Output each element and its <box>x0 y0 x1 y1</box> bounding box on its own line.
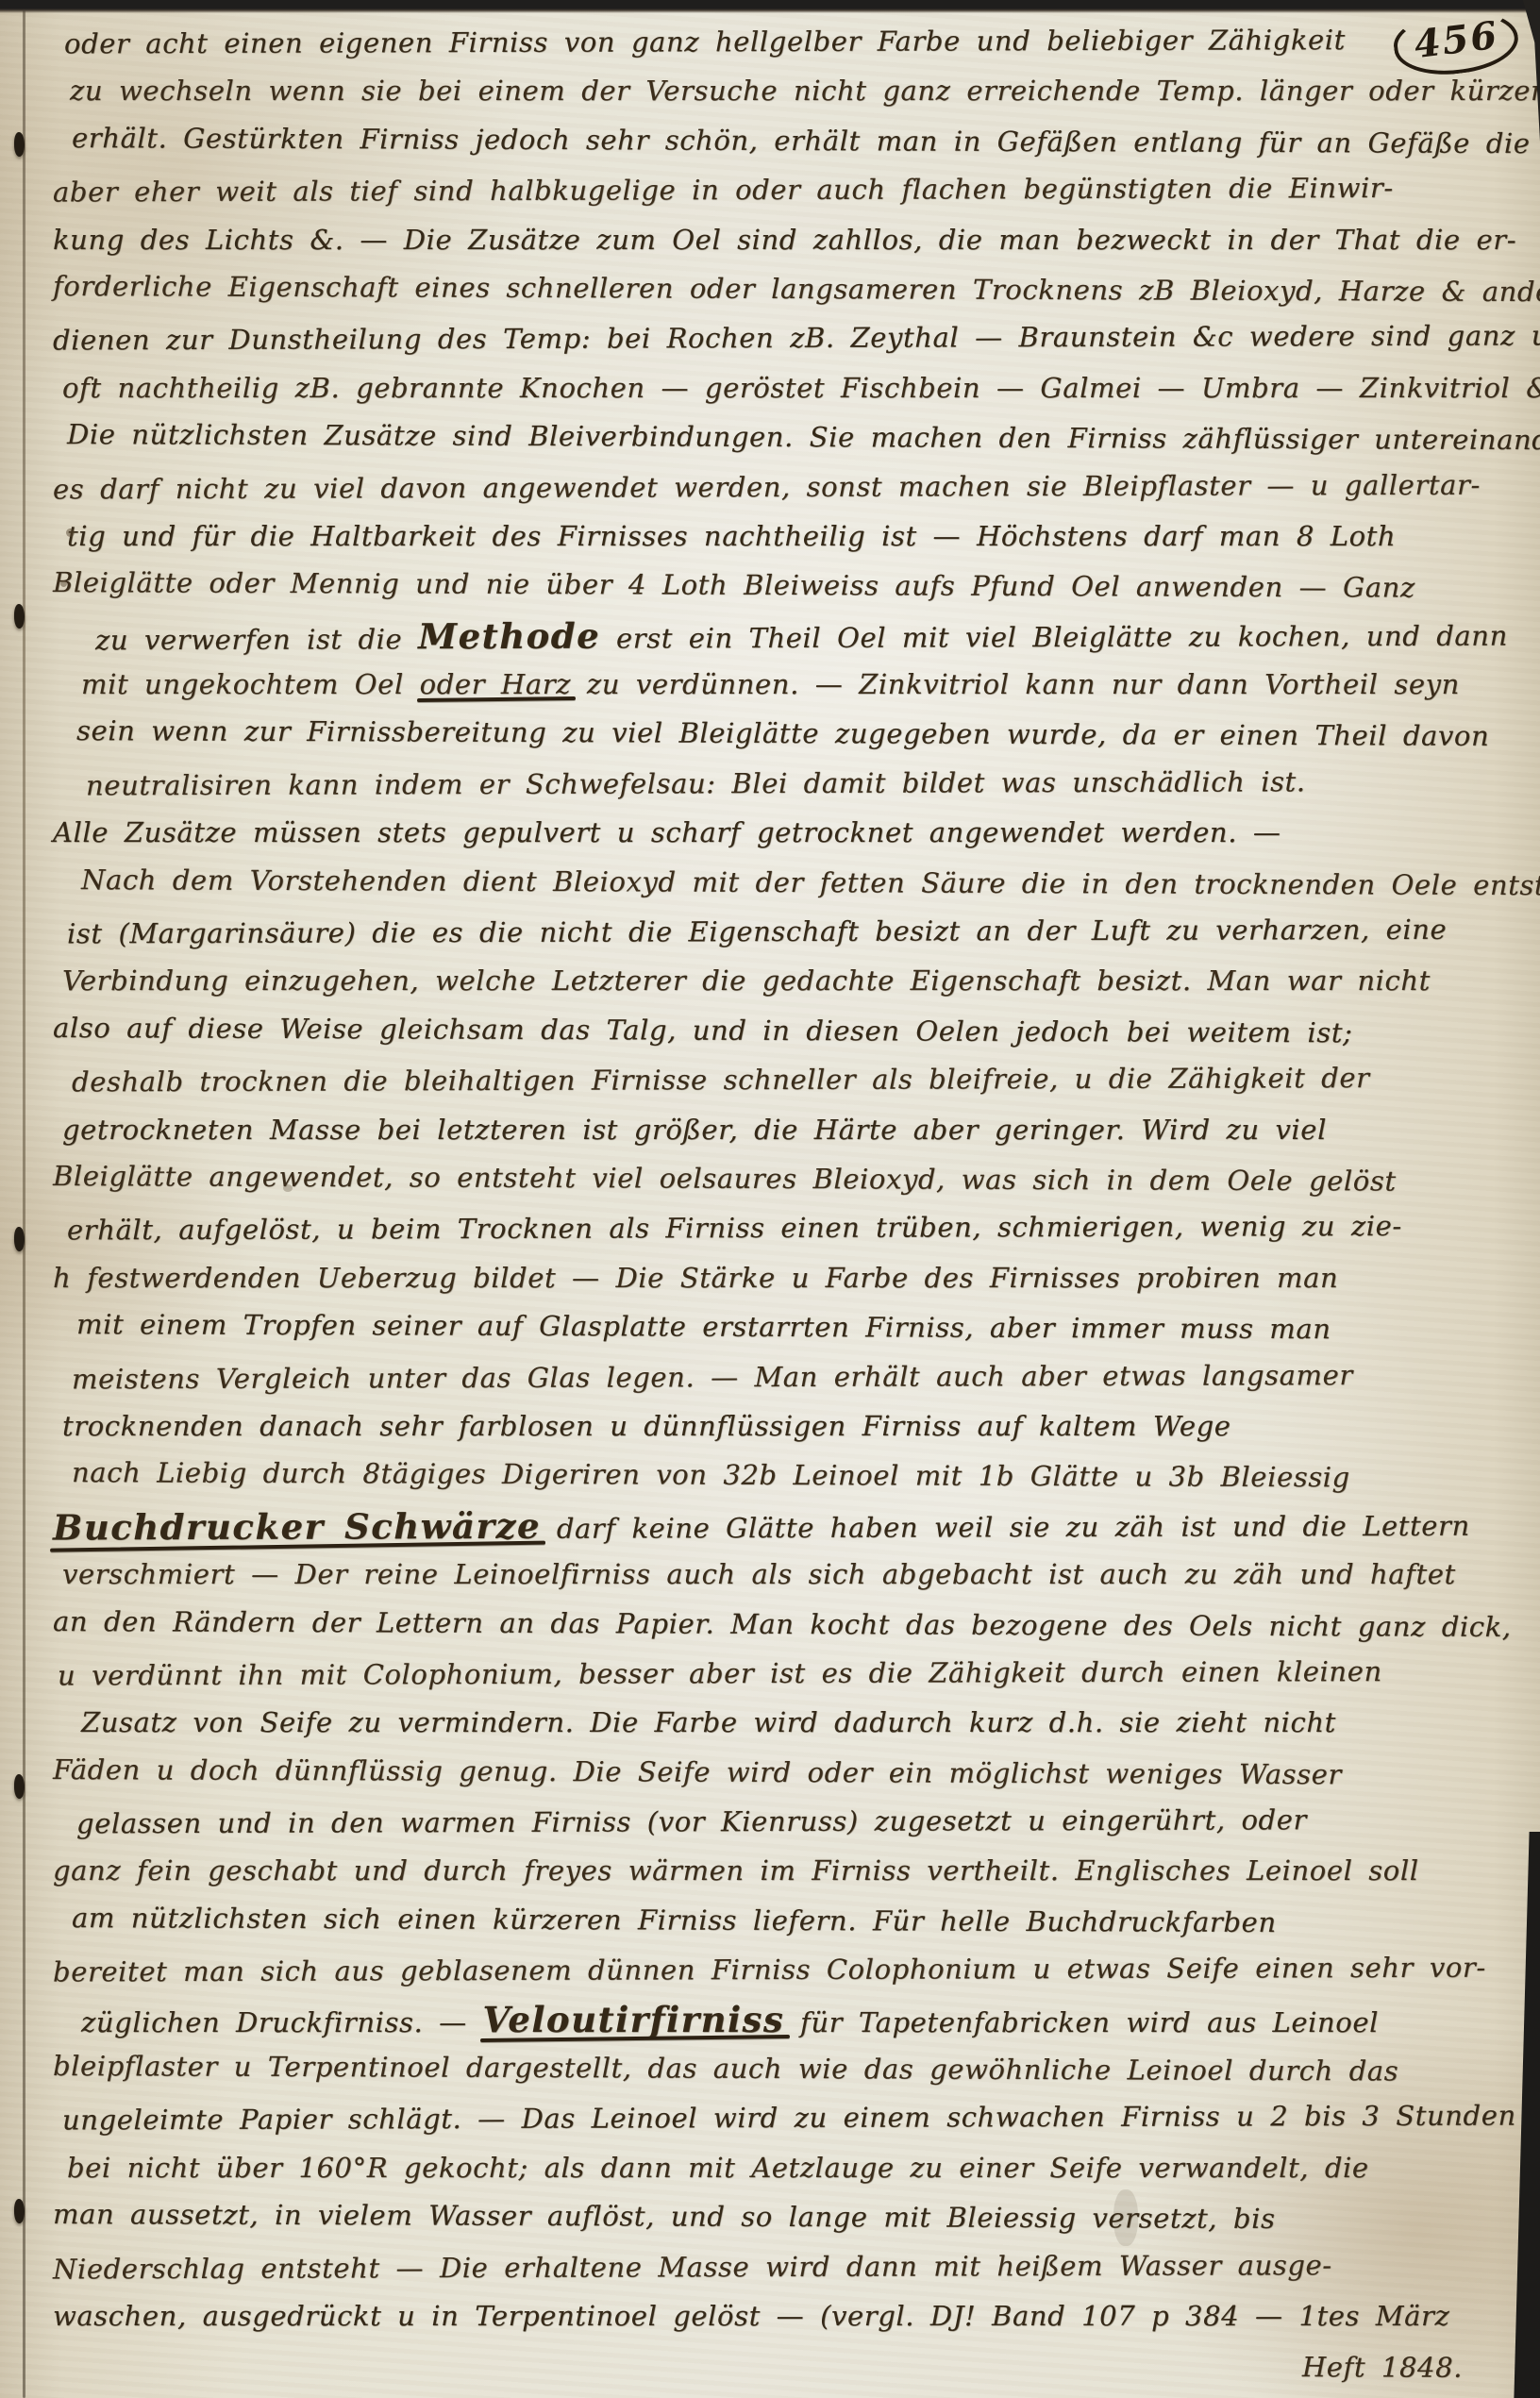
handwriting-segment: kung des Lichts &. — Die Zusätze zum Oel… <box>53 224 1516 256</box>
stitch-mark <box>14 1774 25 1799</box>
manuscript-line: an den Rändern der Lettern an das Papier… <box>53 1597 1517 1652</box>
handwriting-segment: mit einem Tropfen seiner auf Glasplatte … <box>76 1308 1331 1345</box>
emphasized-word: oder Harz <box>420 668 571 700</box>
handwriting-segment: sein wenn zur Firnissbereitung zu viel B… <box>76 715 1489 753</box>
manuscript-line: zu verwerfen ist die Methode erst ein Th… <box>53 608 1517 662</box>
manuscript-line: Heft 1848. <box>53 2338 1517 2392</box>
ink-spot <box>283 1184 293 1192</box>
handwriting-segment: waschen, ausgedrückt u in Terpentinoel g… <box>53 2300 1449 2332</box>
handwriting-segment: tig und für die Haltbarkeit des Firnisse… <box>67 520 1396 552</box>
handwriting-segment: Fäden u doch dünnflüssig genug. Die Seif… <box>53 1753 1342 1790</box>
manuscript-line: u verdünnt ihn mit Colophonium, besser a… <box>53 1646 1517 1700</box>
manuscript-line: mit ungekochtem Oel oder Harz zu verdünn… <box>53 660 1517 709</box>
handwriting-segment: man aussetzt, in vielem Wasser auflöst, … <box>53 2198 1276 2235</box>
manuscript-line: mit einem Tropfen seiner auf Glasplatte … <box>53 1300 1517 1354</box>
manuscript-line: Bleiglätte angewendet, so entsteht viel … <box>53 1151 1517 1206</box>
handwriting-segment: für Tapetenfabricken wird aus Leinoel <box>784 2006 1379 2038</box>
handwriting-segment: bleipflaster u Terpentinoel dargestellt,… <box>53 2050 1398 2087</box>
handwriting-segment: am nützlichsten sich einen kürzeren Firn… <box>72 1902 1277 1938</box>
manuscript-line: kung des Lichts &. — Die Zusätze zum Oel… <box>53 215 1517 264</box>
manuscript-line: am nützlichsten sich einen kürzeren Firn… <box>53 1893 1517 1948</box>
handwriting-segment: trocknenden danach sehr farblosen u dünn… <box>62 1410 1231 1442</box>
handwriting-segment: erhält. Gestürkten Firniss jedoch sehr s… <box>72 122 1531 159</box>
manuscript-line: Verbindung einzugehen, welche Letzterer … <box>53 956 1517 1005</box>
handwriting-segment: Zusatz von Seife zu vermindern. Die Farb… <box>81 1706 1336 1738</box>
manuscript-line: nach Liebig durch 8tägiges Digeriren von… <box>53 1448 1517 1502</box>
manuscript-line: oder acht einen eigenen Firniss von ganz… <box>53 15 1517 69</box>
handwriting-segment: Niederschlag entsteht — Die erhaltene Ma… <box>53 2249 1332 2285</box>
scan-top-edge <box>0 0 1540 13</box>
manuscript-line: aber eher weit als tief sind halbkugelig… <box>53 163 1517 217</box>
handwriting-segment: zu verwerfen ist die <box>95 623 418 656</box>
handwriting-segment: oft nachtheilig zB. gebrannte Knochen — … <box>62 372 1540 404</box>
manuscript-line: Fäden u doch dünnflüssig genug. Die Seif… <box>53 1745 1517 1800</box>
emphasized-word: Methode <box>418 614 600 657</box>
handwriting-segment: züglichen Druckfirniss. — <box>81 2006 483 2038</box>
stain <box>1113 2189 1138 2246</box>
manuscript-line: es darf nicht zu viel davon angewendet w… <box>53 460 1517 513</box>
handwriting-segment: gelassen und in den warmen Firniss (vor … <box>76 1803 1307 1839</box>
stitch-mark <box>14 132 25 157</box>
handwriting-segment: Bleiglätte angewendet, so entsteht viel … <box>53 1160 1397 1197</box>
handwriting-segment: u verdünnt ihn mit Colophonium, besser a… <box>58 1655 1382 1691</box>
handwriting-segment: deshalb trocknen die bleihaltigen Firnis… <box>72 1062 1370 1098</box>
handwriting-segment: Bleiglätte oder Mennig und nie über 4 Lo… <box>53 566 1415 604</box>
manuscript-line: h festwerdenden Ueberzug bildet — Die St… <box>53 1253 1517 1302</box>
handwriting-segment: ganz fein geschabt und durch freyes wärm… <box>53 1854 1419 1887</box>
handwriting-segment: nach Liebig durch 8tägiges Digeriren von… <box>72 1456 1350 1493</box>
manuscript-line: tig und für die Haltbarkeit des Firnisse… <box>53 511 1517 561</box>
manuscript-line: erhält. Gestürkten Firniss jedoch sehr s… <box>53 113 1517 168</box>
manuscript-line: zu wechseln wenn sie bei einem der Versu… <box>53 66 1517 115</box>
handwriting-segment: getrockneten Masse bei letzteren ist grö… <box>62 1114 1327 1146</box>
handwriting-segment: es darf nicht zu viel davon angewendet w… <box>53 468 1481 505</box>
handwriting-segment: also auf diese Weise gleichsam das Talg,… <box>53 1012 1352 1048</box>
manuscript-line: meistens Vergleich unter das Glas legen.… <box>53 1350 1517 1403</box>
ink-spot <box>66 528 75 537</box>
stitch-mark <box>14 604 25 629</box>
manuscript-line: erhält, aufgelöst, u beim Trocknen als F… <box>53 1201 1517 1255</box>
manuscript-line: neutralisiren kann indem er Schwefelsau:… <box>53 756 1517 810</box>
manuscript-line: Die nützlichsten Zusätze sind Bleiverbin… <box>53 410 1517 464</box>
handwriting-segment: erhält, aufgelöst, u beim Trocknen als F… <box>67 1210 1402 1246</box>
page-fold-line <box>23 9 25 2398</box>
manuscript-line: Alle Zusätze müssen stets gepulvert u sc… <box>53 808 1517 857</box>
handwritten-text-block: oder acht einen eigenen Firniss von ganz… <box>53 17 1517 2398</box>
manuscript-line: forderliche Eigenschaft eines schnellere… <box>53 261 1517 316</box>
handwriting-segment: forderliche Eigenschaft eines schnellere… <box>53 270 1540 308</box>
handwriting-segment: an den Rändern der Lettern an das Papier… <box>53 1605 1512 1643</box>
handwriting-segment: Alle Zusätze müssen stets gepulvert u sc… <box>53 816 1281 848</box>
handwriting-segment: Heft 1848. <box>1302 2351 1463 2384</box>
emphasized-word: Veloutirfirniss <box>483 1999 785 2040</box>
manuscript-line: also auf diese Weise gleichsam das Talg,… <box>53 1003 1517 1058</box>
manuscript-line: ist (Margarinsäure) die es die nicht die… <box>53 905 1517 959</box>
manuscript-page: oder acht einen eigenen Firniss von ganz… <box>0 0 1540 2398</box>
manuscript-line: ungeleimte Papier schlägt. — Das Leinoel… <box>53 2091 1517 2145</box>
manuscript-line: Niederschlag entsteht — Die erhaltene Ma… <box>53 2239 1517 2293</box>
ink-spot <box>60 580 67 587</box>
manuscript-line: bereitet man sich aus geblasenem dünnen … <box>53 1943 1517 1997</box>
handwriting-segment: zu wechseln wenn sie bei einem der Versu… <box>70 75 1540 107</box>
handwriting-segment: aber eher weit als tief sind halbkugelig… <box>53 172 1394 208</box>
emphasized-word: Buchdrucker Schwärze <box>53 1505 541 1549</box>
manuscript-line: Zusatz von Seife zu vermindern. Die Farb… <box>53 1698 1517 1747</box>
handwriting-segment: erst ein Theil Oel mit viel Bleiglätte z… <box>600 619 1508 654</box>
handwriting-segment: Die nützlichsten Zusätze sind Bleiverbin… <box>67 418 1540 457</box>
handwriting-segment: h festwerdenden Ueberzug bildet — Die St… <box>53 1262 1338 1294</box>
manuscript-line: bleipflaster u Terpentinoel dargestellt,… <box>53 2041 1517 2096</box>
handwriting-segment: Verbindung einzugehen, welche Letzterer … <box>62 964 1431 997</box>
manuscript-line: oft nachtheilig zB. gebrannte Knochen — … <box>53 363 1517 412</box>
manuscript-line: Nach dem Vorstehenden dient Bleioxyd mit… <box>53 855 1517 910</box>
handwriting-segment: darf keine Glätte haben weil sie zu zäh … <box>541 1509 1470 1544</box>
handwriting-segment: mit ungekochtem Oel <box>81 668 420 700</box>
book-gutter <box>0 0 25 2398</box>
manuscript-line: man aussetzt, in vielem Wasser auflöst, … <box>53 2189 1517 2244</box>
manuscript-line: trocknenden danach sehr farblosen u dünn… <box>53 1401 1517 1451</box>
manuscript-line: Bleiglätte oder Mennig und nie über 4 Lo… <box>53 558 1517 612</box>
manuscript-line: waschen, ausgedrückt u in Terpentinoel g… <box>53 2291 1517 2340</box>
handwriting-segment: ist (Margarinsäure) die es die nicht die… <box>67 914 1447 950</box>
manuscript-line: verschmiert — Der reine Leinoelfirniss a… <box>53 1550 1517 1599</box>
manuscript-line: sein wenn zur Firnissbereitung zu viel B… <box>53 706 1517 761</box>
stitch-mark <box>14 1227 25 1251</box>
handwriting-segment: oder acht einen eigenen Firniss von ganz… <box>64 24 1346 59</box>
handwriting-segment: verschmiert — Der reine Leinoelfirniss a… <box>62 1558 1456 1590</box>
manuscript-line: züglichen Druckfirniss. — Veloutirfirnis… <box>53 1995 1517 2044</box>
handwriting-segment: neutralisiren kann indem er Schwefelsau:… <box>86 765 1306 801</box>
handwriting-segment: dienen zur Dunstheilung des Temp: bei Ro… <box>53 319 1540 356</box>
handwriting-segment: ungeleimte Papier schlägt. — Das Leinoel… <box>62 2100 1516 2137</box>
manuscript-line: deshalb trocknen die bleihaltigen Firnis… <box>53 1053 1517 1107</box>
handwriting-segment: Nach dem Vorstehenden dient Bleioxyd mit… <box>81 864 1540 901</box>
manuscript-line: gelassen und in den warmen Firniss (vor … <box>53 1795 1517 1849</box>
stitch-mark <box>14 2199 25 2223</box>
manuscript-line: Buchdrucker Schwärze darf keine Glätte h… <box>53 1498 1517 1551</box>
manuscript-line: dienen zur Dunstheilung des Temp: bei Ro… <box>53 311 1517 365</box>
handwriting-segment: zu verdünnen. — Zinkvitriol kann nur dan… <box>571 668 1460 700</box>
handwriting-segment: bei nicht über 160°R gekocht; als dann m… <box>67 2152 1369 2184</box>
handwriting-segment: bereitet man sich aus geblasenem dünnen … <box>53 1952 1486 1988</box>
manuscript-line: ganz fein geschabt und durch freyes wärm… <box>53 1846 1517 1895</box>
manuscript-line: getrockneten Masse bei letzteren ist grö… <box>53 1105 1517 1154</box>
handwriting-segment: meistens Vergleich unter das Glas legen.… <box>72 1359 1353 1395</box>
manuscript-line: bei nicht über 160°R gekocht; als dann m… <box>53 2143 1517 2192</box>
